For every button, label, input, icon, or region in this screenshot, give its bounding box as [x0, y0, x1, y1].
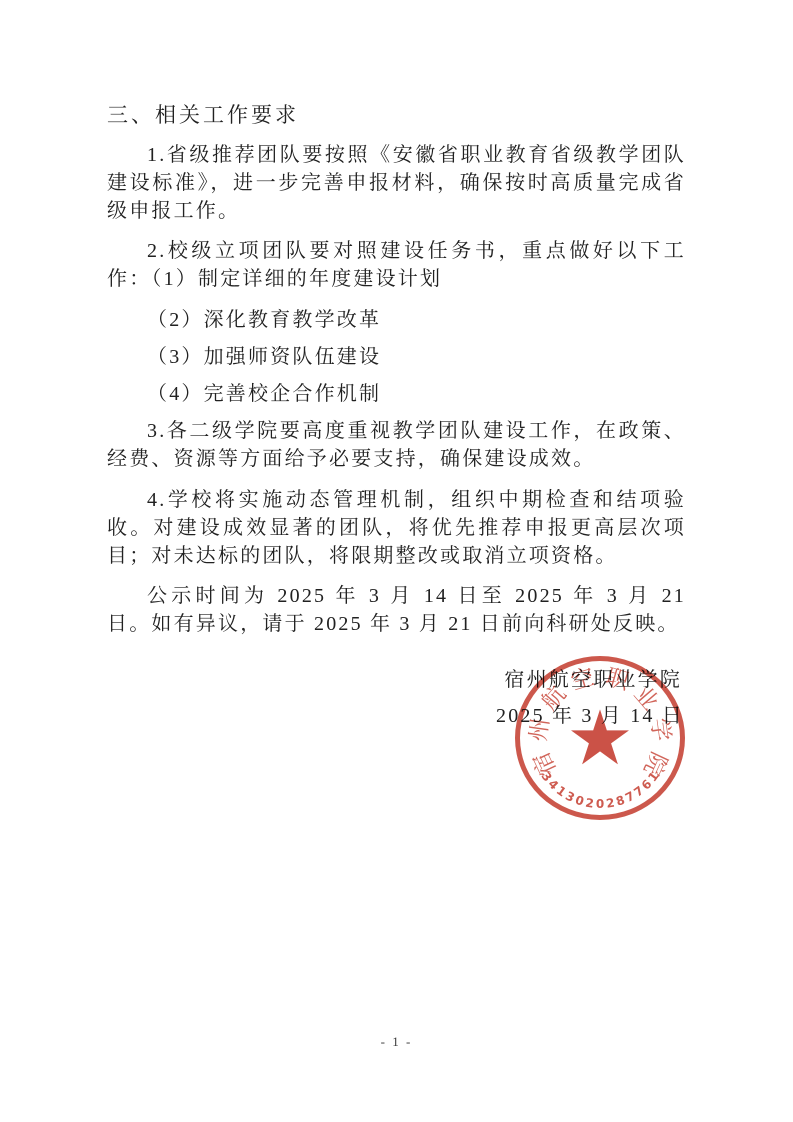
paragraph-2: 2.校级立项团队要对照建设任务书，重点做好以下工作：（1）制定详细的年度建设计划	[107, 237, 686, 293]
document-body: 三、相关工作要求 1.省级推荐团队要按照《安徽省职业教育省级教学团队建设标准》，…	[107, 101, 686, 730]
paragraph-3: 3.各二级学院要高度重视教学团队建设工作，在政策、经费、资源等方面给予必要支持，…	[107, 417, 686, 473]
page-number: - 1 -	[0, 1034, 793, 1050]
paragraph-4: 4.学校将实施动态管理机制，组织中期检查和结项验收。对建设成效显著的团队，将优先…	[107, 486, 686, 570]
list-item-2: （2）深化教育教学改革	[107, 306, 686, 334]
document-page: 三、相关工作要求 1.省级推荐团队要按照《安徽省职业教育省级教学团队建设标准》，…	[0, 0, 793, 1122]
list-item-3: （3）加强师资队伍建设	[107, 343, 686, 371]
paragraph-1: 1.省级推荐团队要按照《安徽省职业教育省级教学团队建设标准》，进一步完善申报材料…	[107, 141, 686, 225]
signature-date: 2025 年 3 月 14 日	[107, 702, 686, 730]
publicity-notice: 公示时间为 2025 年 3 月 14 日至 2025 年 3 月 21 日。如…	[107, 582, 686, 638]
signature-organization: 宿州航空职业学院	[107, 666, 686, 694]
list-item-4: （4）完善校企合作机制	[107, 380, 686, 408]
section-heading: 三、相关工作要求	[107, 101, 686, 129]
